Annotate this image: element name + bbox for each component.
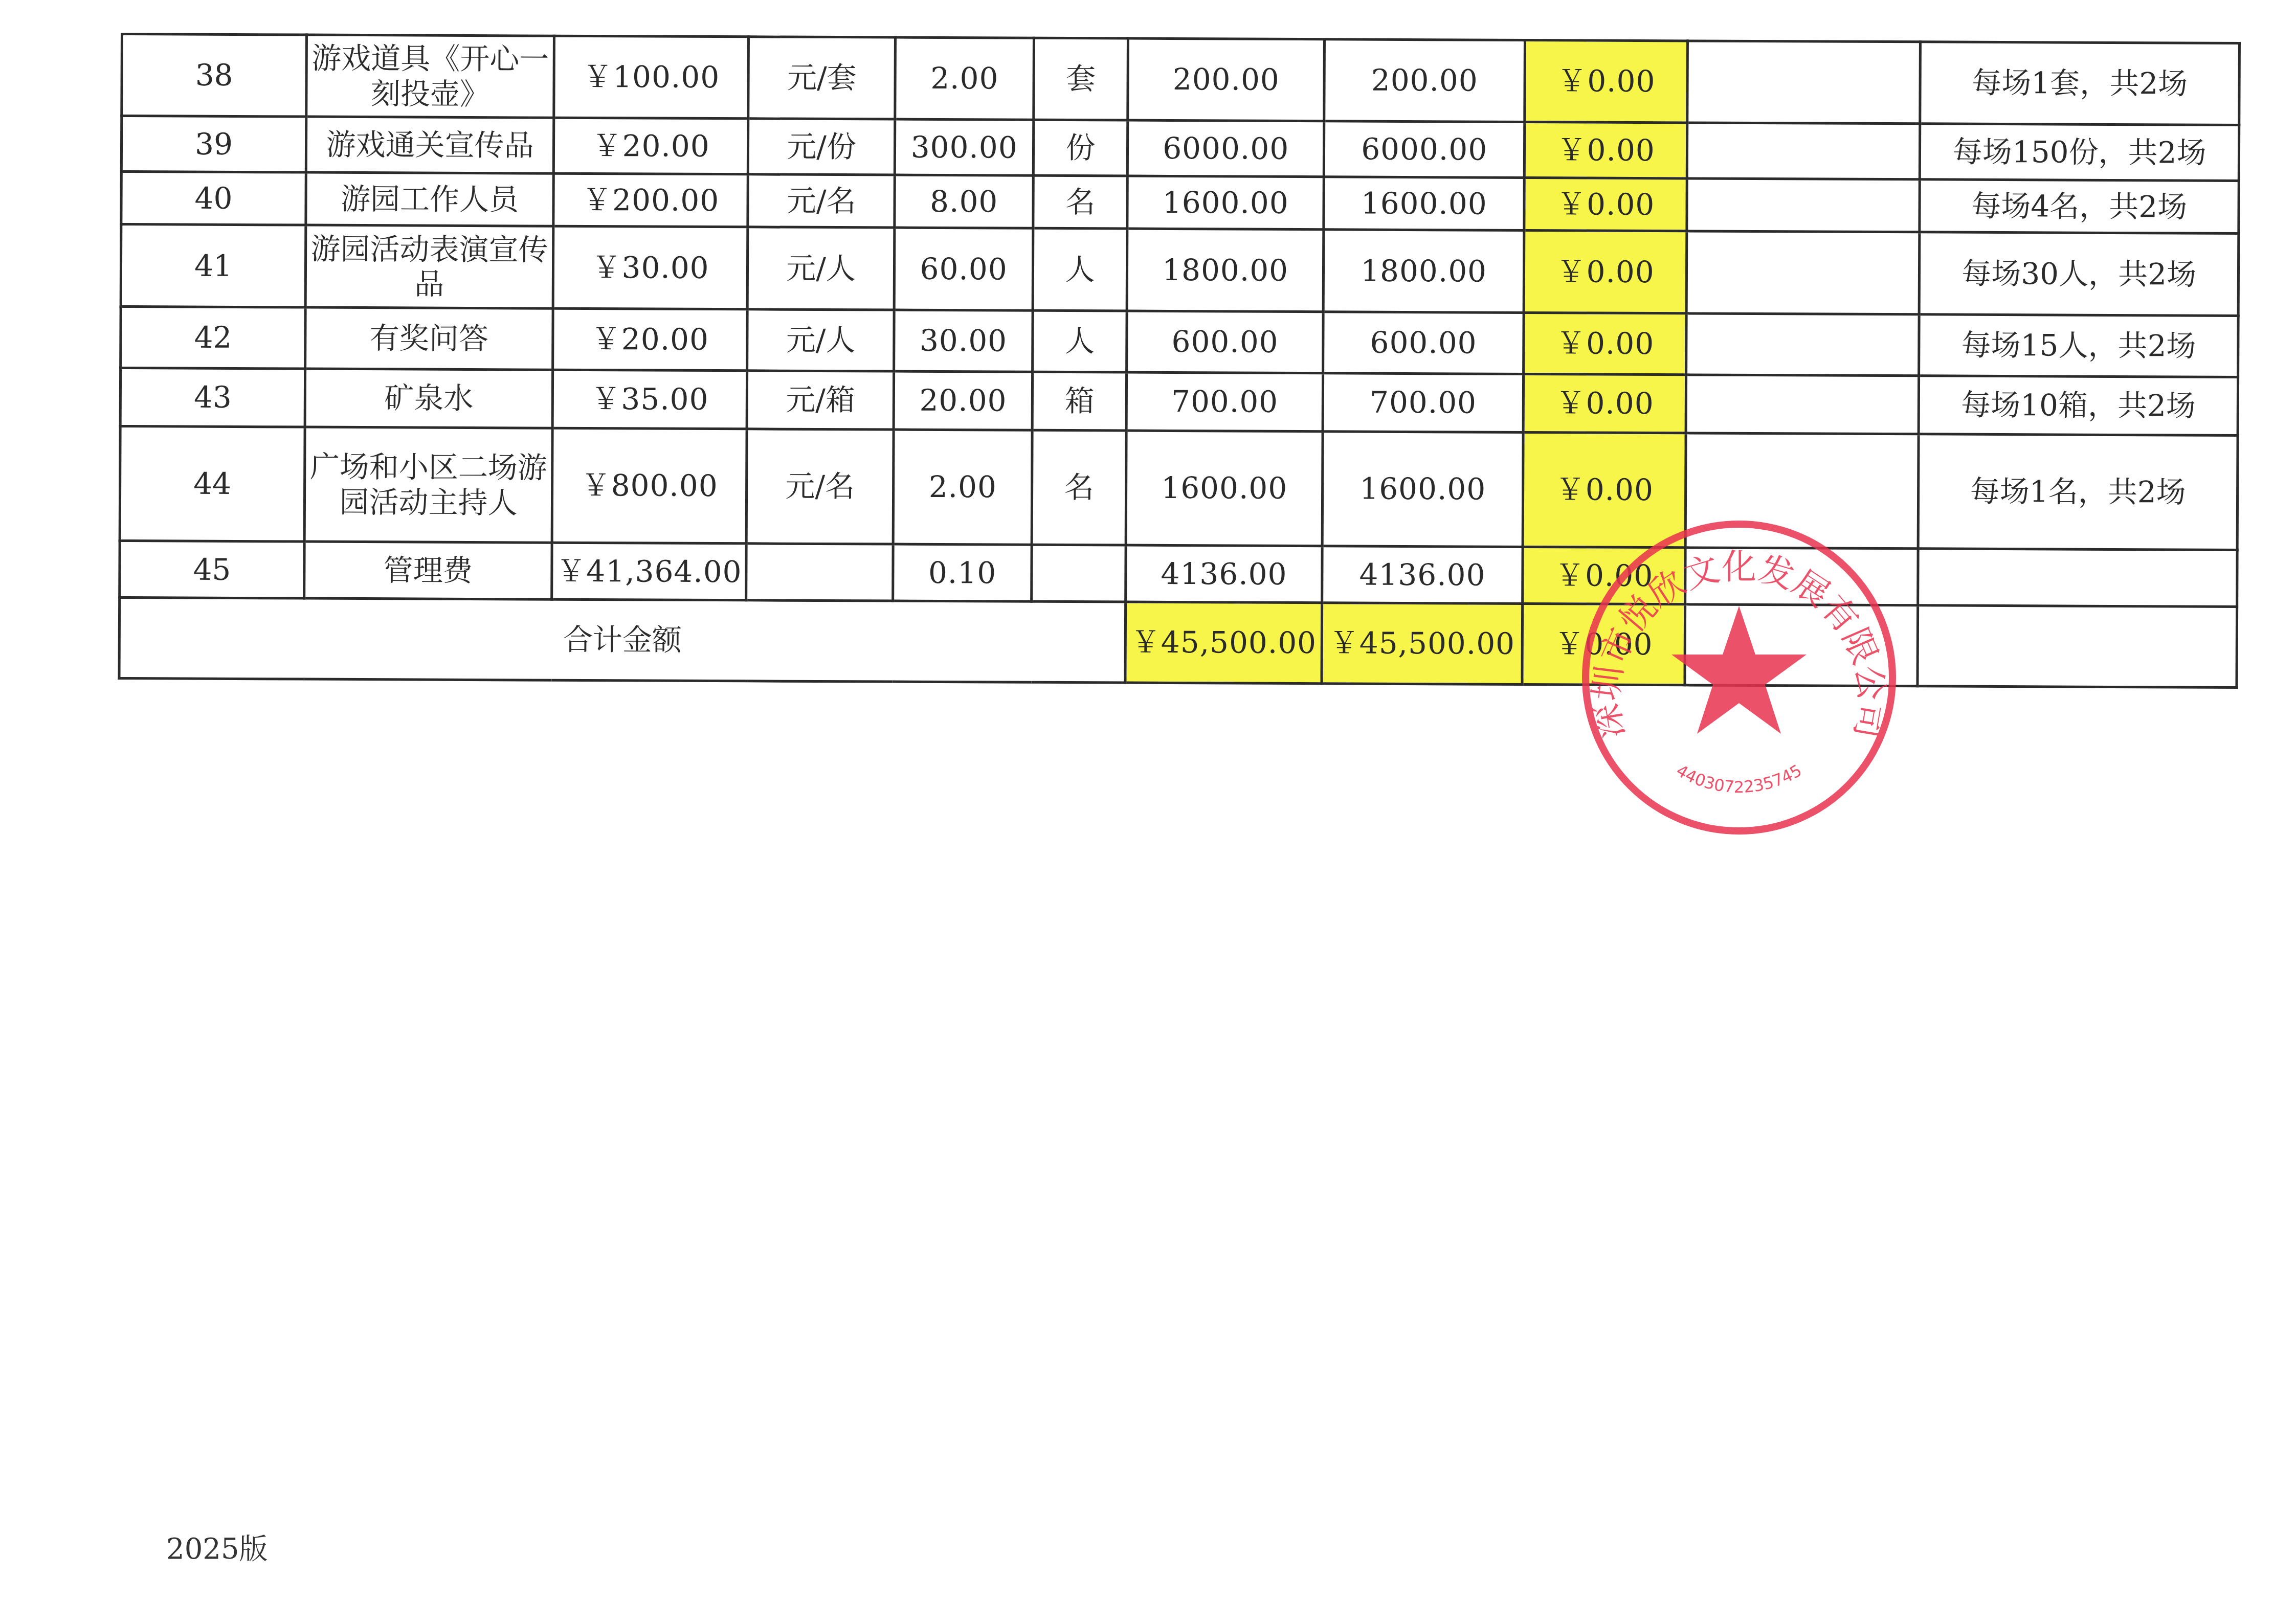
total-amount: ￥45,500.00 <box>1125 602 1322 684</box>
item-name: 游园活动表演宣传品 <box>305 225 553 308</box>
item-number: 38 <box>122 34 307 117</box>
unit: 份 <box>1033 120 1127 176</box>
difference: ￥0.00 <box>1523 374 1686 433</box>
amount: 6000.00 <box>1127 120 1324 177</box>
difference: ￥0.00 <box>1524 312 1687 374</box>
price-unit <box>746 544 893 601</box>
total-amount-2: ￥45,500.00 <box>1322 603 1523 685</box>
document-page: 38游戏道具《开心一刻投壶》￥100.00元/套2.00套200.00200.0… <box>0 0 2296 1623</box>
item-name: 游戏道具《开心一刻投壶》 <box>306 35 554 118</box>
amount-2: 1600.00 <box>1324 177 1524 231</box>
total-row: 合计金额 ￥45,500.00 ￥45,500.00 ￥0.00 <box>119 598 2237 688</box>
item-name: 矿泉水 <box>305 369 552 428</box>
difference: ￥0.00 <box>1524 230 1687 313</box>
difference: ￥0.00 <box>1525 40 1688 122</box>
quantity: 30.00 <box>894 310 1033 372</box>
difference: ￥0.00 <box>1523 547 1685 604</box>
unit <box>1032 545 1126 602</box>
item-number: 39 <box>121 116 306 173</box>
price-unit: 元/名 <box>746 429 894 544</box>
amount: 4136.00 <box>1126 545 1322 603</box>
price-unit: 元/份 <box>748 119 895 175</box>
table-row: 41游园活动表演宣传品￥30.00元/人60.00人1800.001800.00… <box>121 224 2239 316</box>
blank-cell <box>1685 548 1918 605</box>
item-name: 有奖问答 <box>305 307 553 370</box>
unit-price: ￥200.00 <box>553 173 748 227</box>
item-number: 42 <box>121 307 306 369</box>
price-unit: 元/套 <box>748 37 896 119</box>
table-row: 39游戏通关宣传品￥20.00元/份300.00份6000.006000.00￥… <box>121 116 2239 181</box>
table-row: 44广场和小区二场游园活动主持人￥800.00元/名2.00名1600.0016… <box>120 426 2238 550</box>
remark <box>1918 549 2237 607</box>
blank-cell <box>1685 433 1919 549</box>
remark: 每场30人，共2场 <box>1919 232 2239 316</box>
amount: 1600.00 <box>1126 431 1323 546</box>
item-name: 游戏通关宣传品 <box>306 117 553 173</box>
item-name: 游园工作人员 <box>306 172 553 226</box>
unit-price: ￥30.00 <box>553 226 748 309</box>
unit-price: ￥20.00 <box>553 308 748 371</box>
quantity: 60.00 <box>894 228 1033 310</box>
unit: 名 <box>1032 430 1126 545</box>
budget-table: 38游戏道具《开心一刻投壶》￥100.00元/套2.00套200.00200.0… <box>118 33 2241 689</box>
table-row: 42有奖问答￥20.00元/人30.00人600.00600.00￥0.00每场… <box>121 307 2239 377</box>
remark: 每场1套，共2场 <box>1920 42 2240 125</box>
total-blank <box>1685 604 1918 686</box>
amount: 200.00 <box>1128 38 1325 121</box>
blank-cell <box>1686 375 1919 434</box>
total-note <box>1918 605 2237 688</box>
version-label: 2025版 <box>166 1526 268 1567</box>
price-unit: 元/人 <box>747 227 895 310</box>
remark: 每场15人，共2场 <box>1919 314 2239 377</box>
unit: 箱 <box>1032 372 1126 431</box>
amount: 700.00 <box>1126 372 1323 432</box>
unit: 人 <box>1033 310 1127 372</box>
unit-price: ￥35.00 <box>552 370 747 429</box>
table-row: 38游戏道具《开心一刻投壶》￥100.00元/套2.00套200.00200.0… <box>122 34 2240 125</box>
table-row: 43矿泉水￥35.00元/箱20.00箱700.00700.00￥0.00每场1… <box>120 368 2238 436</box>
total-difference: ￥0.00 <box>1522 603 1685 685</box>
amount: 1800.00 <box>1127 229 1324 312</box>
unit: 人 <box>1033 228 1127 311</box>
total-label: 合计金额 <box>119 598 1126 683</box>
unit-price: ￥20.00 <box>553 118 748 174</box>
table-row: 40游园工作人员￥200.00元/名8.00名1600.001600.00￥0.… <box>121 172 2239 234</box>
remark: 每场10箱，共2场 <box>1919 376 2238 436</box>
amount-2: 1600.00 <box>1322 432 1523 547</box>
item-name: 管理费 <box>304 542 552 599</box>
item-number: 43 <box>120 368 305 427</box>
blank-cell <box>1687 123 1920 179</box>
unit-price: ￥41,364.00 <box>552 543 747 600</box>
item-number: 40 <box>121 172 306 226</box>
remark: 每场1名，共2场 <box>1918 434 2238 550</box>
price-unit: 元/名 <box>748 174 895 228</box>
quantity: 20.00 <box>894 371 1032 430</box>
item-number: 45 <box>120 541 304 599</box>
amount-2: 6000.00 <box>1324 121 1524 178</box>
difference: ￥0.00 <box>1524 122 1687 178</box>
amount: 1600.00 <box>1127 176 1324 230</box>
blank-cell <box>1687 41 1921 124</box>
item-number: 41 <box>121 224 306 308</box>
blank-cell <box>1687 178 1920 232</box>
item-name: 广场和小区二场游园活动主持人 <box>304 427 552 543</box>
price-unit: 元/箱 <box>747 371 894 430</box>
item-number: 44 <box>120 426 305 542</box>
amount-2: 200.00 <box>1324 39 1525 122</box>
quantity: 300.00 <box>895 119 1033 175</box>
difference: ￥0.00 <box>1524 177 1687 231</box>
amount-2: 4136.00 <box>1322 546 1523 604</box>
price-unit: 元/人 <box>747 309 895 371</box>
blank-cell <box>1686 313 1920 376</box>
amount-2: 600.00 <box>1323 312 1524 374</box>
amount: 600.00 <box>1127 311 1324 373</box>
quantity: 0.10 <box>893 544 1032 601</box>
difference: ￥0.00 <box>1523 432 1686 547</box>
quantity: 2.00 <box>895 37 1034 120</box>
remark: 每场4名，共2场 <box>1920 179 2239 234</box>
unit: 名 <box>1033 175 1127 229</box>
table-row: 45管理费￥41,364.000.104136.004136.00￥0.00 <box>120 541 2238 607</box>
unit-price: ￥100.00 <box>554 36 749 119</box>
remark: 每场150份，共2场 <box>1920 124 2239 181</box>
unit: 套 <box>1034 38 1128 120</box>
stamp-number: 4403072235745 <box>1673 760 1805 797</box>
unit-price: ￥800.00 <box>552 428 747 544</box>
blank-cell <box>1686 231 1920 314</box>
amount-2: 1800.00 <box>1323 230 1524 313</box>
amount-2: 700.00 <box>1323 373 1523 433</box>
quantity: 2.00 <box>893 430 1032 545</box>
quantity: 8.00 <box>895 175 1033 228</box>
